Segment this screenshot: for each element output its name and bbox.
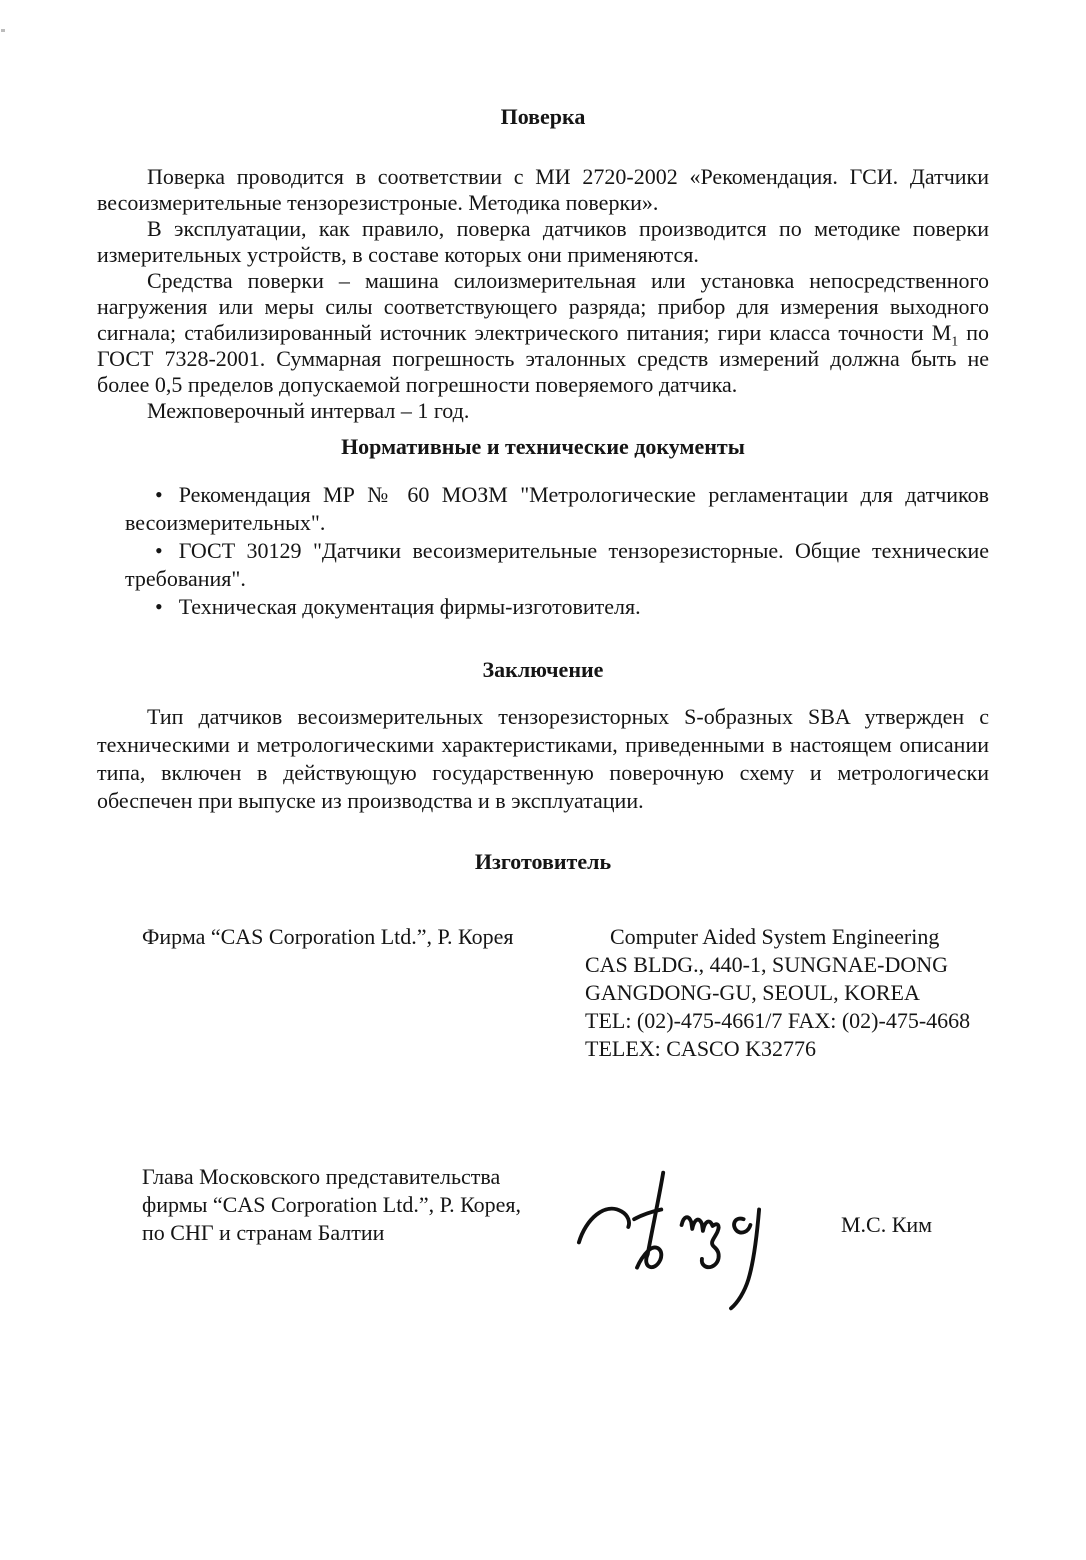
- section-heading-verification: Поверка: [97, 104, 989, 130]
- list-item: •Техническая документация фирмы-изготови…: [125, 593, 989, 621]
- paragraph-verification-means-text: Средства поверки – машина силоизмеритель…: [97, 268, 989, 345]
- address-line: TEL: (02)-475-4661/7 FAX: (02)-475-4668: [585, 1007, 970, 1035]
- section-heading-conclusion: Заключение: [97, 657, 989, 683]
- documents-list: •Рекомендация МР № 60 МОЗМ "Метрологичес…: [125, 481, 989, 621]
- handwritten-signature: [572, 1163, 797, 1318]
- scan-artifact-speck: [1, 29, 5, 32]
- list-item-text: Рекомендация МР № 60 МОЗМ "Метрологическ…: [125, 482, 989, 535]
- signer-name: М.С. Ким: [841, 1211, 932, 1239]
- manufacturer-address: Computer Aided System Engineering CAS BL…: [585, 923, 970, 1063]
- signer-role-line: фирмы “CAS Corporation Ltd.”, Р. Корея,: [142, 1191, 542, 1219]
- address-line: GANGDONG-GU, SEOUL, KOREA: [585, 979, 970, 1007]
- paragraph-conclusion: Тип датчиков весоизмерительных тензорези…: [97, 703, 989, 815]
- paragraph-verification-interval: Межповерочный интервал – 1 год.: [97, 398, 989, 424]
- bullet-icon: •: [155, 482, 163, 507]
- address-line: TELEX: CASCO K32776: [585, 1035, 970, 1063]
- list-item: •ГОСТ 30129 "Датчики весоизмерительные т…: [125, 537, 989, 593]
- section-heading-manufacturer: Изготовитель: [97, 849, 989, 875]
- address-line: Computer Aided System Engineering: [585, 923, 970, 951]
- document-page: Поверка Поверка проводится в соответстви…: [0, 0, 1086, 1560]
- signature-block: Глава Московского представительства фирм…: [97, 1163, 989, 1318]
- signer-role: Глава Московского представительства фирм…: [97, 1163, 542, 1247]
- signer-role-line: Глава Московского представительства: [142, 1163, 542, 1191]
- manufacturer-block: Фирма “CAS Corporation Ltd.”, Р. Корея C…: [97, 923, 989, 1063]
- section-heading-documents: Нормативные и технические документы: [97, 434, 989, 460]
- manufacturer-firm: Фирма “CAS Corporation Ltd.”, Р. Корея: [97, 923, 542, 951]
- list-item: •Рекомендация МР № 60 МОЗМ "Метрологичес…: [125, 481, 989, 537]
- paragraph-verification-in-operation: В эксплуатации, как правило, поверка дат…: [97, 216, 989, 268]
- list-item-text: Техническая документация фирмы-изготовит…: [179, 594, 641, 619]
- bullet-icon: •: [155, 538, 163, 563]
- paragraph-verification-procedure: Поверка проводится в соответствии с МИ 2…: [97, 164, 989, 216]
- bullet-icon: •: [155, 594, 163, 619]
- paragraph-verification-means: Средства поверки – машина силоизмеритель…: [97, 268, 989, 398]
- signer-role-line: по СНГ и странам Балтии: [142, 1219, 542, 1247]
- address-line: CAS BLDG., 440-1, SUNGNAE-DONG: [585, 951, 970, 979]
- list-item-text: ГОСТ 30129 "Датчики весоизмерительные те…: [125, 538, 989, 591]
